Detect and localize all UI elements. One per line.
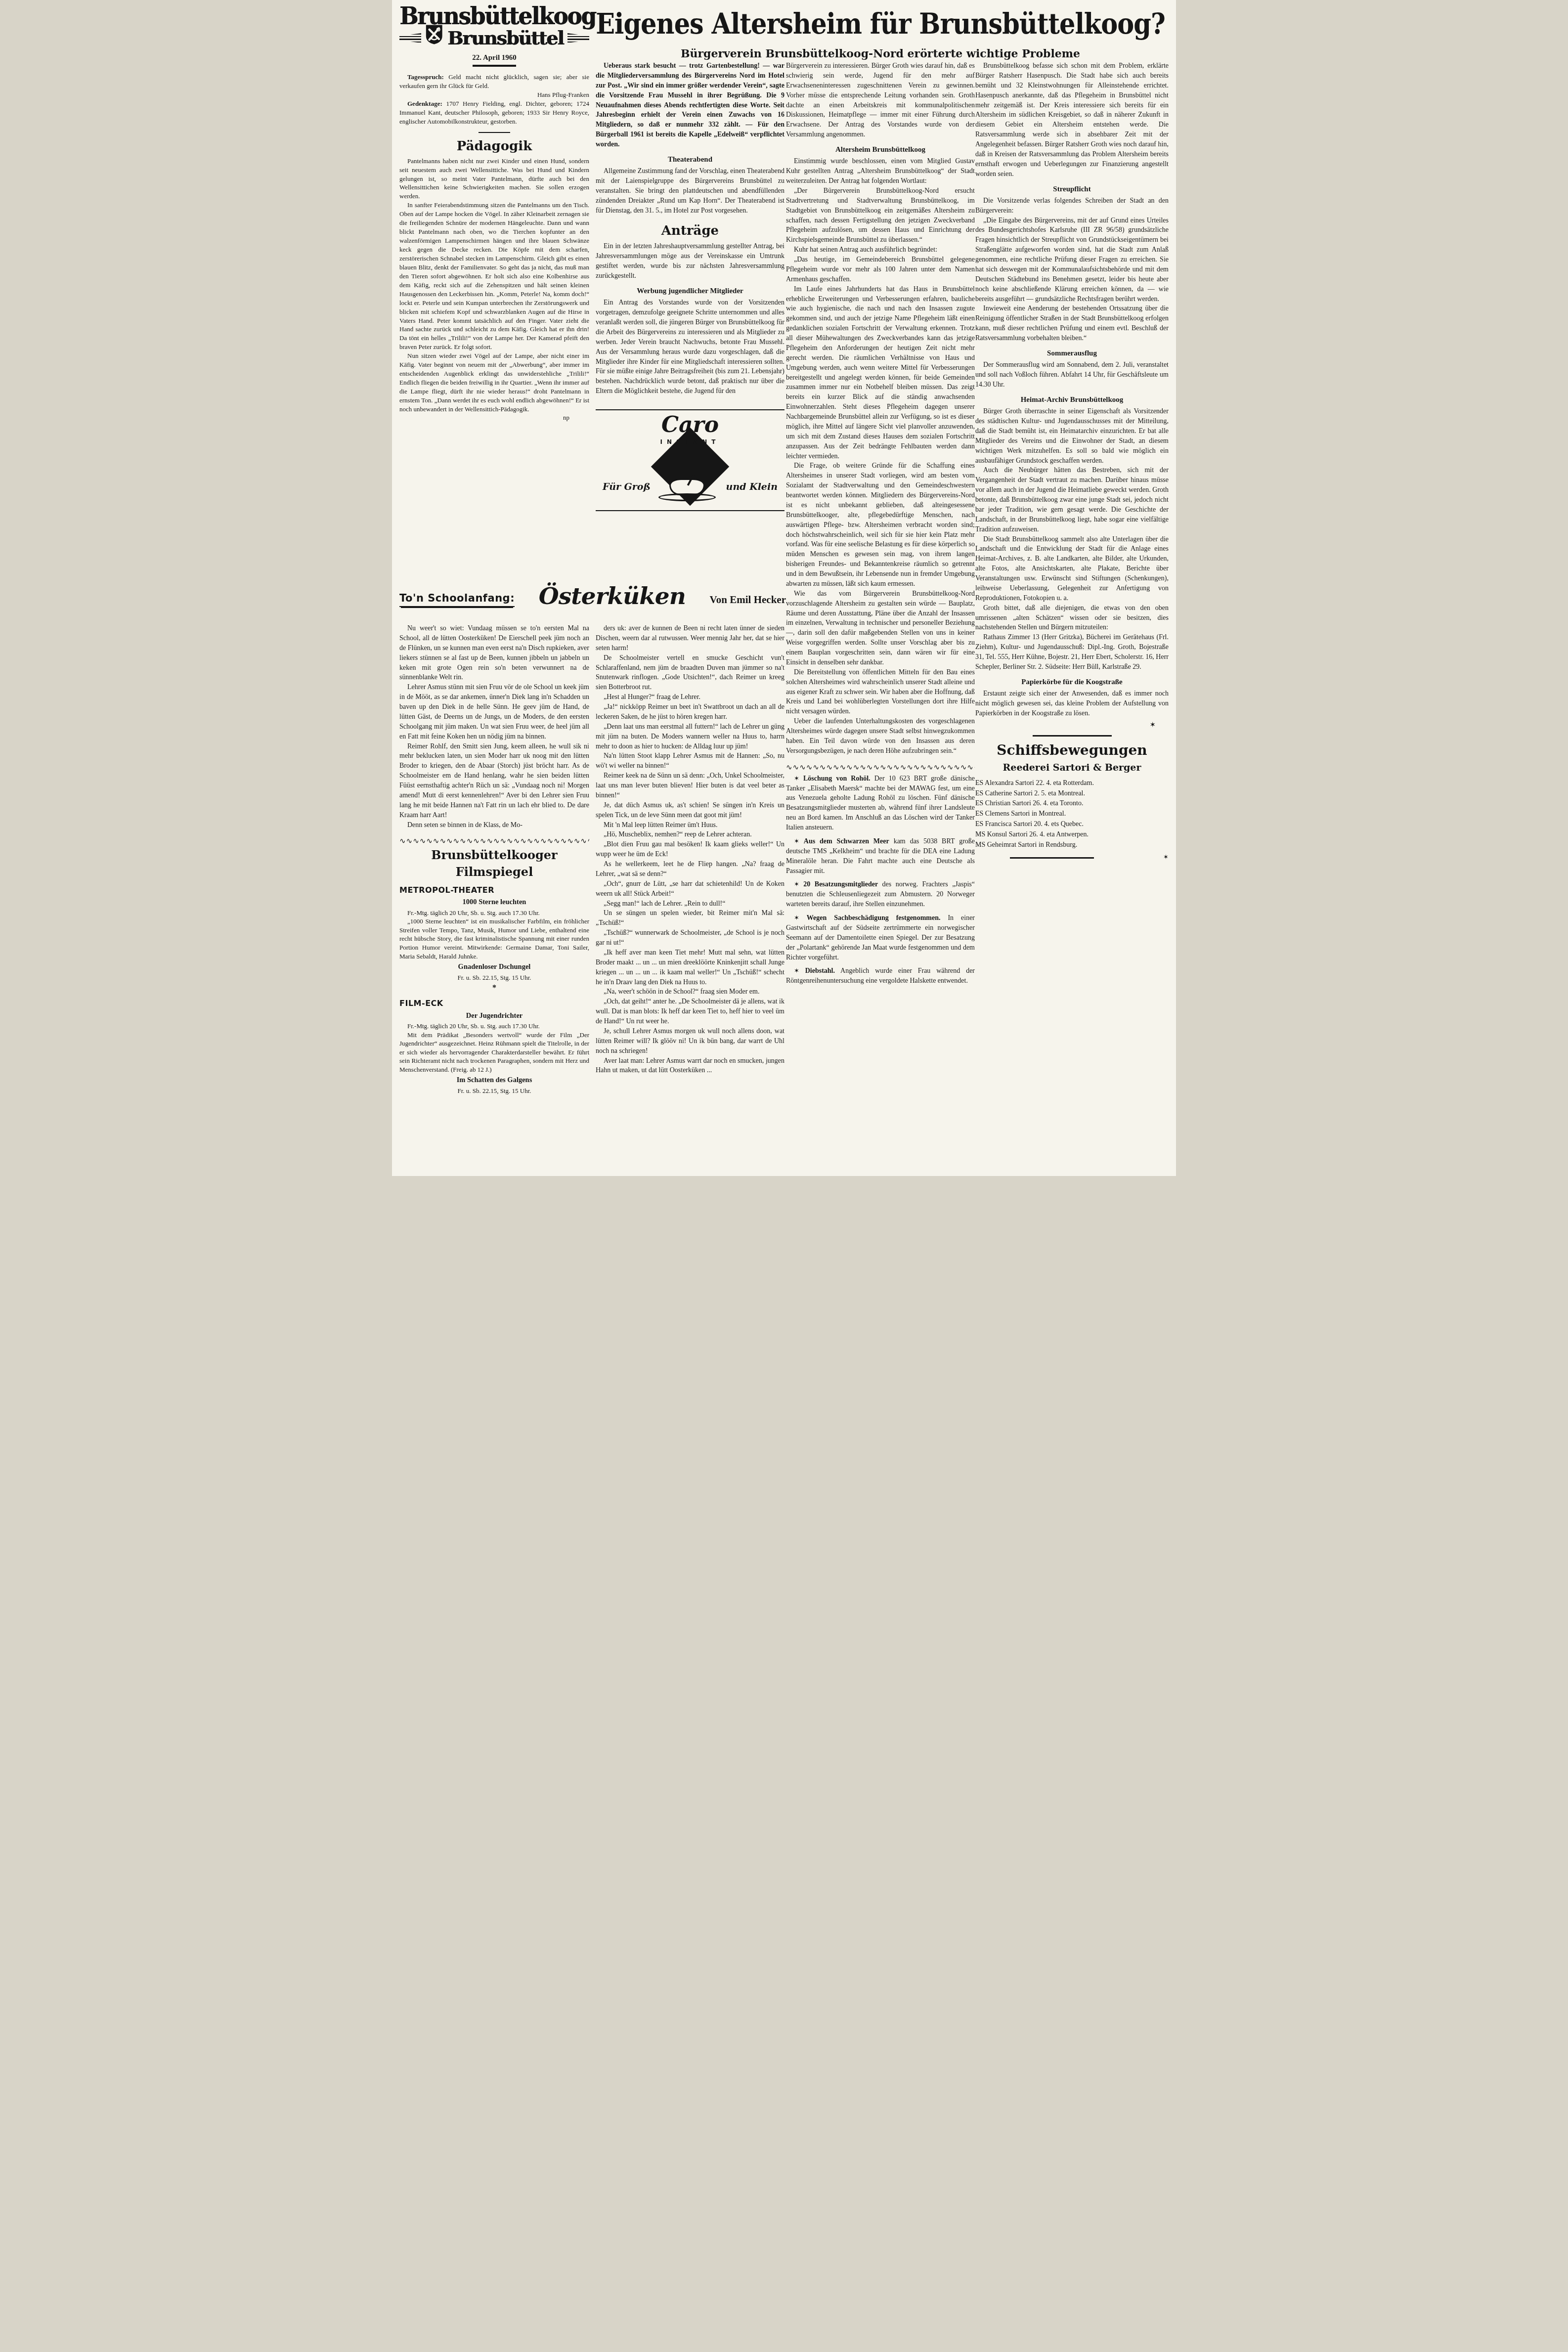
heimatarchiv-paragraph: Die Stadt Brunsbüttelkoog sammelt also a… <box>975 535 1169 604</box>
tagesspruch-label: Tagesspruch: <box>407 73 444 81</box>
theaterabend-title: Theaterabend <box>596 155 784 165</box>
story-paragraph: „Hest al Hunger?“ fraag de Lehrer. <box>596 693 784 702</box>
paedagogik-paragraph: In sanfter Feierabendstimmung sitzen die… <box>399 201 589 351</box>
star-icon: ✶ <box>794 967 799 975</box>
story-paragraph: „Denn laat uns man eerstmal all futtern!… <box>596 722 784 752</box>
news-brief: ✶ Aus dem Schwarzen Meer kam das 5038 BR… <box>786 837 975 876</box>
lead-headline-block: Eigenes Altersheim für Brunsbüttelkoog? … <box>592 7 1169 60</box>
film-title: Gnadenloser Dschungel <box>399 962 589 972</box>
story-paragraph: „Ja!“ nickköpp Reimer un beet in't Swatt… <box>596 702 784 722</box>
antraege-title: Anträge <box>596 222 784 240</box>
antraege-text: Ein in der letzten Jahreshauptversammlun… <box>596 242 784 281</box>
star-icon: ✶ <box>975 720 1169 730</box>
feature-byline: Von Emil Hecker <box>710 594 786 607</box>
wave-divider <box>399 836 589 844</box>
paedagogik-paragraph: Nun sitzen wieder zwei Vögel auf der Lam… <box>399 351 589 414</box>
main-headline: Eigenes Altersheim für Brunsbüttelkoog? <box>592 7 1169 41</box>
news-brief: ✶ Diebstahl. Angeblich wurde einer Frau … <box>786 966 975 986</box>
ship-entry: ES Francisca Sartori 20. 4. ets Quebec. <box>975 820 1169 829</box>
story-paragraph: „Blot dien Fruu gau mal besöken! Ik kaam… <box>596 840 784 860</box>
story-paragraph: „Ik heff aver man keen Tiet mehr! Mutt m… <box>596 948 784 988</box>
section-divider <box>479 132 510 133</box>
ship-entry: MS Konsul Sartori 26. 4. eta Antwerpen. <box>975 830 1169 840</box>
heimatarchiv-paragraph: Bürger Groth überraschte in seiner Eigen… <box>975 407 1169 466</box>
story-paragraph: Un se süngen un spelen wieder, bit Reime… <box>596 909 784 928</box>
streupflicht-body: Die Vorsitzende verlas folgendes Schreib… <box>975 196 1169 344</box>
author-initials: np <box>399 414 589 422</box>
papierkoerbe-title: Papierkörbe für die Koogstraße <box>975 677 1169 688</box>
theaterabend-text: Allgemeine Zustimmung fand der Vorschlag… <box>596 167 784 216</box>
column-2-story: ders uk: aver de kunnen de Been ni recht… <box>596 624 784 1076</box>
werbung-text: Ein Antrag des Vorstandes wurde von der … <box>596 298 784 396</box>
sommerausflug-text: Der Sommerausflug wird am Sonnabend, dem… <box>975 360 1169 390</box>
wave-divider <box>786 762 975 770</box>
column-1-story: Nu weer't so wiet: Vundaag müssen se to'… <box>399 624 589 1095</box>
altersheim-paragraph: Wie das vom Bürgerverein Brunsbüttelkoog… <box>786 589 975 668</box>
masthead-subtitle: Brunsbüttel <box>447 29 564 47</box>
news-brief: ✶ Wegen Sachbeschädigung festgenommen. I… <box>786 914 975 962</box>
story-paragraph: „Na, weer't schöön in de School?“ fraag … <box>596 987 784 997</box>
coffee-cup-icon <box>669 479 705 495</box>
masthead-title: Brunsbüttelkoog <box>399 4 589 28</box>
streupflicht-paragraph: „Die Eingabe des Bürgervereins, mit der … <box>975 216 1169 305</box>
star-icon: ✶ <box>794 838 799 845</box>
story-paragraph: „Och“, gnurr de Lütt, „se harr dat schie… <box>596 879 784 899</box>
altersheim-paragraph: „Das heutige, im Gemeindebereich Brunsbü… <box>786 255 975 285</box>
lead-paragraph: Ueberaus stark besucht — trotz Gartenbes… <box>596 61 784 150</box>
story-paragraph: „Och, dat geiht!“ anter he. „De Schoolme… <box>596 997 784 1027</box>
film-times: Fr. u. Sb. 22.15, Stg. 15 Uhr. <box>399 973 589 982</box>
werbung-continued: Bürgerverein zu interessieren. Bürger Gr… <box>786 61 975 140</box>
heimatarchiv-body: Bürger Groth überraschte in seiner Eigen… <box>975 407 1169 672</box>
werbung-title: Werbung jugendlicher Mitglieder <box>596 286 784 297</box>
story-paragraph: Na'n lütten Stoot klapp Lehrer Asmus mit… <box>596 751 784 771</box>
feature-title: Österküken <box>539 586 686 607</box>
film-times: Fr. u. Sb. 22.15, Stg. 15 Uhr. <box>399 1087 589 1095</box>
gedenktage-label: Gedenktage: <box>407 100 442 107</box>
altersheim-paragraph: Im Laufe eines Jahrhunderts hat das Haus… <box>786 285 975 462</box>
brief-lead: Wegen Sachbeschädigung festgenommen. <box>807 915 941 922</box>
altersheim-paragraph: Einstimmig wurde beschlossen, einen vom … <box>786 157 975 186</box>
feature-story-header: To'n Schoolanfang: Österküken Von Emil H… <box>399 586 786 607</box>
caro-advertisement: Caro INSTANT Für Groß und Klein <box>596 409 784 511</box>
star-icon: ✶ <box>794 915 799 922</box>
story-paragraph: Denn seten se binnen in de Klass, de Mo- <box>399 821 589 830</box>
altersheim-title: Altersheim Brunsbüttelkoog <box>786 145 975 155</box>
schiffsbewegungen-title: Schiffsbewegungen <box>975 740 1169 760</box>
star-icon: ✶ <box>1163 853 1169 862</box>
altersheim-paragraph: Die Frage, ob weitere Gründe für die Sch… <box>786 461 975 589</box>
heimatarchiv-paragraph: Auch die Neubürger hätten das Bestreben,… <box>975 466 1169 534</box>
newspaper-page: Brunsbüttelkoog Brunsbüttel 22. April 19… <box>392 0 1176 1176</box>
date-rule <box>473 65 516 67</box>
ship-entry: ES Alexandra Sartori 22. 4. eta Rotterda… <box>975 779 1169 788</box>
story-paragraph: As he wellerkeem, leet he de Fliep hange… <box>596 860 784 879</box>
heimatarchiv-paragraph: Groth bittet, daß alle diejenigen, die e… <box>975 604 1169 633</box>
feature-story-col1: Nu weer't so wiet: Vundaag müssen se to'… <box>399 624 589 830</box>
story-paragraph: Je, dat düch Asmus uk, as't schien! Se s… <box>596 801 784 821</box>
film-title: Der Jugendrichter <box>399 1011 589 1021</box>
star-icon: ✶ <box>794 881 799 888</box>
story-paragraph: „Tschüß?“ wunnerwark de Schoolmeister, „… <box>596 928 784 948</box>
ship-entry: ES Catherine Sartori 2. 5. eta Montreal. <box>975 789 1169 799</box>
story-paragraph: De Schoolmeister vertell en smucke Gesch… <box>596 653 784 693</box>
story-paragraph: Nu weer't so wiet: Vundaag müssen se to'… <box>399 624 589 683</box>
flourish-ornament-icon <box>567 33 589 43</box>
film-title: 1000 Sterne leuchten <box>399 898 589 908</box>
story-paragraph: Mit 'n Mal leep lütten Reimer üm't Huus. <box>596 821 784 830</box>
brief-lead: 20 Besatzungsmitglieder <box>803 881 878 888</box>
story-paragraph: Je, schull Lehrer Asmus morgen uk wull n… <box>596 1027 784 1056</box>
streupflicht-paragraph: Die Vorsitzende verlas folgendes Schreib… <box>975 196 1169 216</box>
tagesspruch-author: Hans Pflug-Franken <box>399 90 589 99</box>
film-title: Im Schatten des Galgens <box>399 1076 589 1086</box>
ship-entry: ES Christian Sartori 26. 4. eta Toronto. <box>975 799 1169 809</box>
section-rule <box>1033 735 1112 737</box>
story-paragraph: „Segg man!“ lach de Lehrer. „Rein to dul… <box>596 899 784 909</box>
story-paragraph: Lehrer Asmus stünn mit sien Fruu vör de … <box>399 683 589 741</box>
masthead: Brunsbüttelkoog Brunsbüttel 22. April 19… <box>399 5 589 422</box>
column-2: Ueberaus stark besucht — trotz Gartenbes… <box>596 61 784 511</box>
streupflicht-title: Streupflicht <box>975 184 1169 195</box>
filmspiegel-title: Brunsbüttelkooger Filmspiegel <box>399 847 589 880</box>
asterisk-separator: * <box>399 983 589 994</box>
heimatarchiv-paragraph: Rathaus Zimmer 13 (Herr Gritzka), Bücher… <box>975 633 1169 672</box>
altersheim-paragraph: „Der Bürgerverein Brunsbüttelkoog-Nord e… <box>786 186 975 245</box>
saucer-icon <box>658 493 716 501</box>
news-brief: ✶ Löschung von Rohöl. Der 10 623 BRT gro… <box>786 774 975 833</box>
issue-date: 22. April 1960 <box>399 54 589 62</box>
film-times: Fr.-Mtg. täglich 20 Uhr, Sb. u. Stg. auc… <box>399 909 589 917</box>
film-review: „1000 Sterne leuchten“ ist ein musikalis… <box>399 917 589 960</box>
papierkoerbe-text: Erstaunt zeigte sich einer der Anwesende… <box>975 689 1169 719</box>
brief-lead: Diebstahl. <box>805 967 835 975</box>
film-times: Fr.-Mtg. täglich 20 Uhr, Sb. u. Stg. auc… <box>399 1022 589 1031</box>
gedenktage: Gedenktage: 1707 Henry Fielding, engl. D… <box>399 99 589 126</box>
daily-notes: Tagesspruch: Geld macht nicht glücklich,… <box>399 73 589 126</box>
feature-kicker: To'n Schoolanfang: <box>399 592 515 607</box>
streupflicht-paragraph: Inwieweit eine Aenderung der bestehenden… <box>975 304 1169 344</box>
brief-lead: Löschung von Rohöl. <box>803 775 871 783</box>
story-paragraph: „Hö, Muscheblix, nemhen?“ reep de Lehrer… <box>596 830 784 840</box>
theater-metropol: METROPOL-THEATER <box>399 885 589 896</box>
section-end: ✶ <box>975 853 1169 862</box>
altersheim-paragraph: Ueber die laufenden Unterhaltungskosten … <box>786 717 975 756</box>
ad-brand: Caro <box>596 414 784 436</box>
ad-product: INSTANT <box>596 438 784 446</box>
altersheim-paragraph: Die Bereitstellung von öffentlichen Mitt… <box>786 668 975 717</box>
tagesspruch: Tagesspruch: Geld macht nicht glücklich,… <box>399 73 589 90</box>
story-paragraph: Aver laat man: Lehrer Asmus warrt dar no… <box>596 1056 784 1076</box>
story-paragraph: Reimer Rohlf, den Smitt sien Jung, keem … <box>399 742 589 821</box>
ship-movements-list: ES Alexandra Sartori 22. 4. eta Rotterda… <box>975 779 1169 850</box>
story-paragraph: Reimer keek na de Sünn un sä denn: „Och,… <box>596 771 784 801</box>
altersheim-body: Einstimmig wurde beschlossen, einen vom … <box>786 157 975 756</box>
altersheim-paragraph: Kuhr hat seinen Antrag auch ausführlich … <box>786 245 975 255</box>
feature-story-col2: ders uk: aver de kunnen de Been ni recht… <box>596 624 784 1076</box>
column-4: Brunsbüttelkoog befasse sich schon mit d… <box>975 61 1169 862</box>
ship-entry: ES Clemens Sartori in Montreal. <box>975 809 1169 819</box>
ad-tagline-left: Für Groß <box>603 480 651 494</box>
brief-text: Der 10 623 BRT große dänische Tanker „El… <box>786 775 975 831</box>
paedagogik-title: Pädagogik <box>399 139 589 154</box>
ship-entry: MS Geheimrat Sartori in Rendsburg. <box>975 840 1169 850</box>
flourish-ornament-icon <box>399 33 421 43</box>
story-paragraph: ders uk: aver de kunnen de Been ni recht… <box>596 624 784 653</box>
heimatarchiv-title: Heimat-Archiv Brunsbüttelkoog <box>975 395 1169 405</box>
paedagogik-paragraph: Pantelmanns haben nicht nur zwei Kinder … <box>399 157 589 201</box>
ad-tagline-right: und Klein <box>726 480 778 494</box>
column-3: Bürgerverein zu interessieren. Bürger Gr… <box>786 61 975 986</box>
news-brief: ✶ 20 Besatzungsmitglieder des norweg. Fr… <box>786 880 975 910</box>
star-icon: ✶ <box>794 775 799 783</box>
masthead-subtitle-row: Brunsbüttel <box>399 28 589 48</box>
film-review: Mit dem Prädikat „Besonders wertvoll“ wu… <box>399 1031 589 1074</box>
sommerausflug-title: Sommerausflug <box>975 348 1169 359</box>
hasenpusch-text: Brunsbüttelkoog befasse sich schon mit d… <box>975 61 1169 179</box>
brief-lead: Aus dem Schwarzen Meer <box>804 838 889 845</box>
section-rule <box>1010 857 1094 859</box>
theater-filmeck: FILM-ECK <box>399 998 589 1009</box>
reederei-subtitle: Reederei Sartori & Berger <box>975 761 1169 775</box>
sub-headline: Bürgerverein Brunsbüttelkoog-Nord erörte… <box>592 47 1169 60</box>
paedagogik-body: Pantelmanns haben nicht nur zwei Kinder … <box>399 157 589 414</box>
